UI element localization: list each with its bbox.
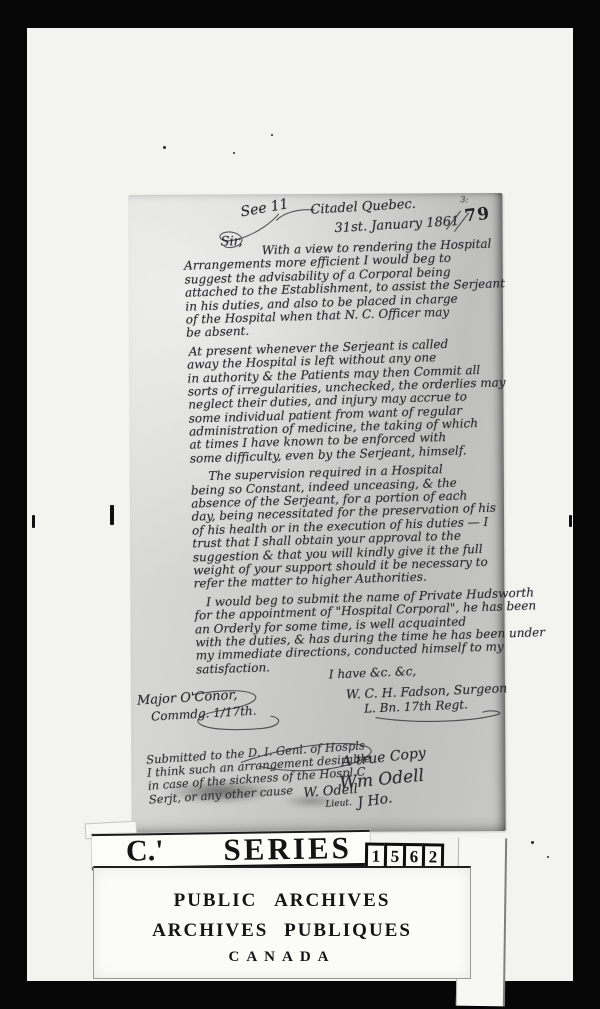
film-speck [531, 841, 534, 844]
series-word-label: SERIES [223, 830, 352, 868]
public-archives-label: PUBLIC ARCHIVES [94, 890, 470, 912]
dateline-date: 31st. January 1861 [334, 214, 460, 236]
document-page: See 11 Citadel Quebec. 31st. January 186… [128, 193, 505, 833]
endorsement-rank: Lieut. [325, 798, 352, 810]
film-speck [271, 134, 273, 136]
letter-body: With a view to rendering the HospitalArr… [184, 237, 515, 681]
microfilm-frame: See 11 Citadel Quebec. 31st. January 186… [0, 0, 600, 1009]
registration-tick [110, 505, 114, 525]
closing-line: I have &c. &c, [329, 664, 417, 681]
archives-publiques-label: ARCHIVES PUBLIQUES [94, 920, 470, 942]
canada-label: CANADA [94, 949, 470, 966]
signature-unit: L. Bn. 17th Regt. [364, 697, 468, 715]
letter-paragraph-4: I would beg to submit the name of Privat… [194, 587, 514, 677]
stamp-mark: 3: [460, 195, 468, 204]
series-label-board: C.' SERIES [92, 830, 371, 870]
annotation-see-ref: See 11 [239, 196, 290, 220]
film-speck [163, 146, 166, 149]
letter-paragraph-3: The supervision required in a Hospitalbe… [190, 461, 511, 591]
letter-paragraph-2: At present whenever the Serjeant is call… [187, 336, 508, 466]
dateline-place: Citadel Quebec. [310, 197, 416, 218]
film-screen: See 11 Citadel Quebec. 31st. January 186… [27, 28, 573, 981]
letter-paragraph-1: With a view to rendering the HospitalArr… [184, 237, 505, 340]
true-copy-paraph: J Ho. [357, 790, 394, 811]
film-speck [547, 856, 549, 858]
registration-tick [569, 515, 572, 527]
folio-number-stamp: 79 [463, 204, 491, 227]
registration-tick [32, 515, 35, 528]
archives-label-board: PUBLIC ARCHIVES ARCHIVES PUBLIQUES CANAD… [93, 866, 471, 979]
film-speck [233, 152, 235, 154]
series-prefix-label: C.' [126, 834, 164, 869]
